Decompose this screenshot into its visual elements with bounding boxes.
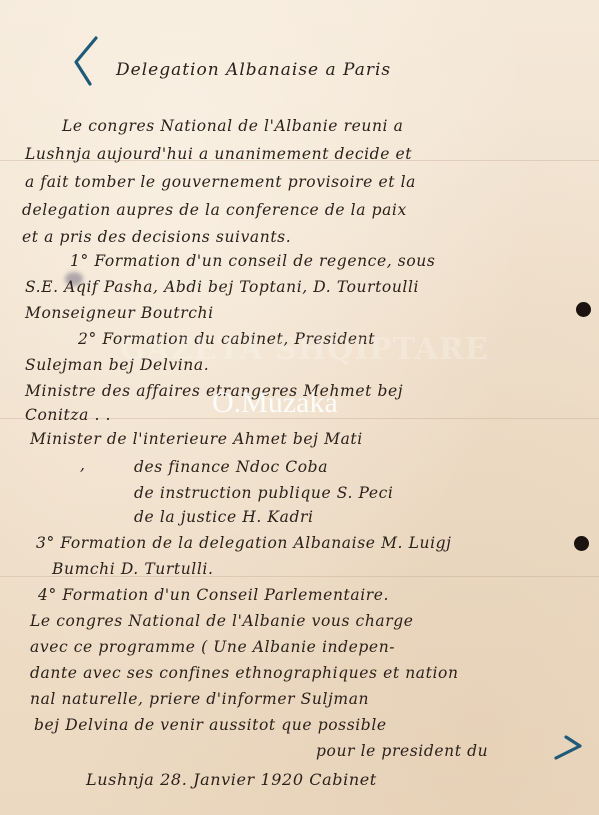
paragraph-line: delegation aupres de la conference de la… xyxy=(22,201,407,219)
signature-line: pour le president du xyxy=(316,742,488,760)
paragraph-line: et a pris des decisions suivants. xyxy=(22,228,291,246)
item-line: de instruction publique S. Peci xyxy=(134,484,393,502)
item-line: S.E. Aqif Pasha, Abdi bej Toptani, D. To… xyxy=(25,278,419,296)
item-line: avec ce programme ( Une Albanie indepen- xyxy=(30,638,395,656)
paragraph-line: Lushnja aujourd'hui a unanimement decide… xyxy=(25,145,412,163)
punch-hole xyxy=(576,302,591,317)
paragraph-line: Le congres National de l'Albanie reuni a xyxy=(62,117,403,135)
watermark-publication: GAZETA SHQIPTARE xyxy=(120,332,489,367)
item-line: dante avec ses confines ethnographiques … xyxy=(30,664,459,682)
item-line: bej Delvina de venir aussitot que possib… xyxy=(34,716,387,734)
watermark-author: O.Muzaka xyxy=(212,386,338,420)
item-line: nal naturelle, priere d'informer Suljman xyxy=(30,690,369,708)
item-line: 4° Formation d'un Conseil Parlementaire. xyxy=(38,586,389,604)
item-line: Le congres National de l'Albanie vous ch… xyxy=(30,612,414,630)
item-line: , xyxy=(80,456,86,474)
document-title: Delegation Albanaise a Paris xyxy=(116,60,391,80)
paragraph-line: a fait tomber le gouvernement provisoire… xyxy=(25,173,416,191)
blue-bracket-right-icon xyxy=(552,734,584,762)
item-line: Minister de l'interieure Ahmet bej Mati xyxy=(30,430,363,448)
punch-hole xyxy=(574,536,589,551)
item-line: 1° Formation d'un conseil de regence, so… xyxy=(70,252,435,270)
place-date-line: Lushnja 28. Janvier 1920 Cabinet xyxy=(86,770,377,789)
item-line: des finance Ndoc Coba xyxy=(134,458,328,476)
blue-bracket-left-icon xyxy=(72,36,98,86)
item-line: Monseigneur Boutrchi xyxy=(25,304,214,322)
item-line: Conitza . . xyxy=(25,406,111,424)
item-line: 3° Formation de la delegation Albanaise … xyxy=(36,534,452,552)
item-line: Bumchi D. Turtulli. xyxy=(52,560,214,578)
item-line: de la justice H. Kadri xyxy=(134,508,314,526)
